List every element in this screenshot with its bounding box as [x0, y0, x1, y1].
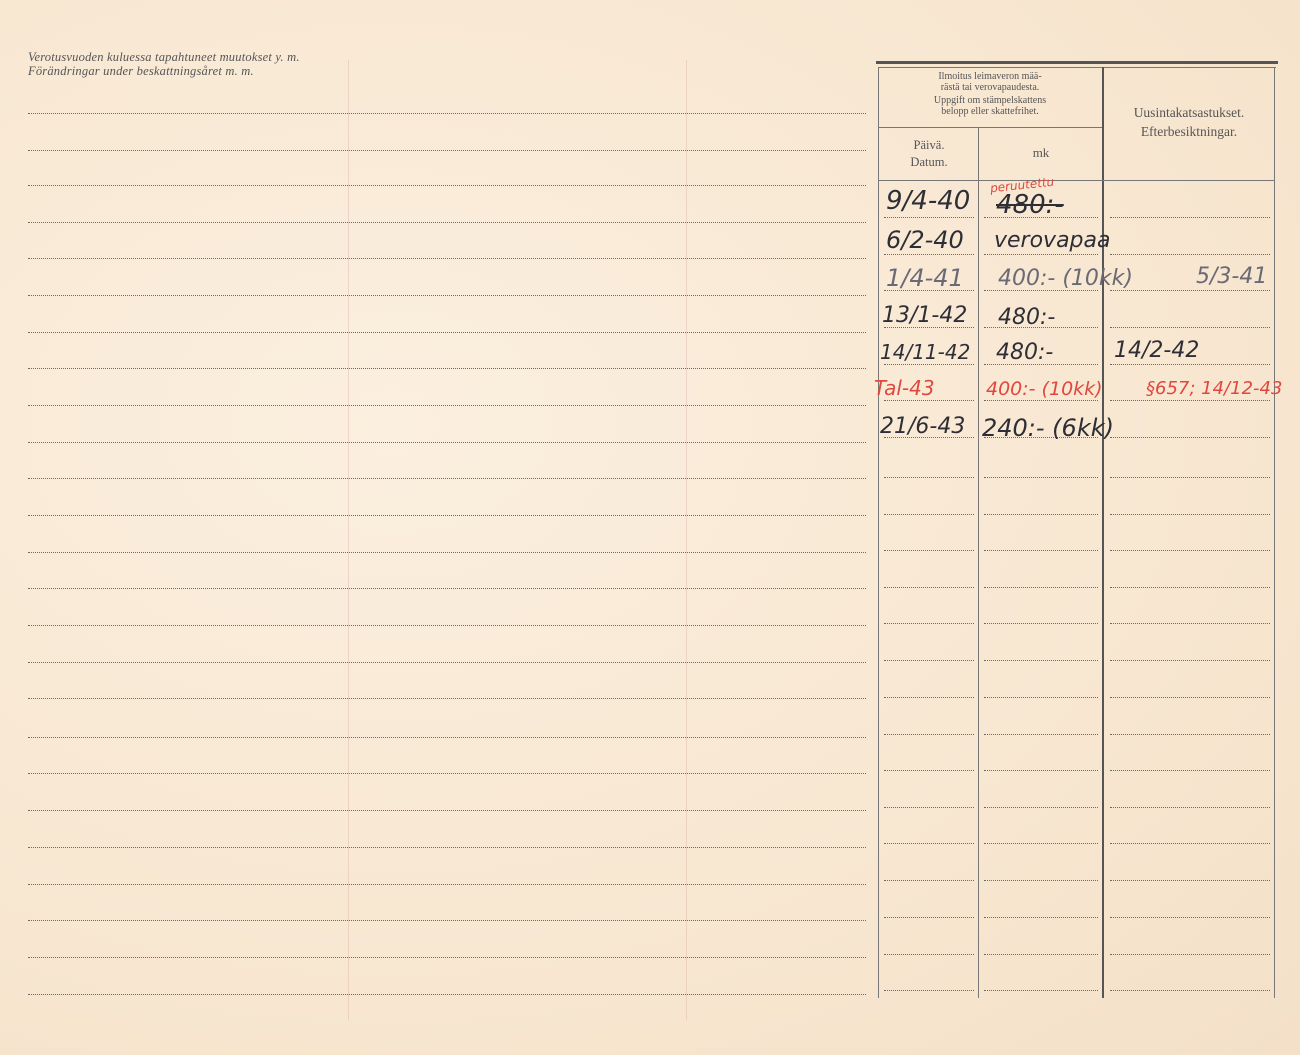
- table-ruled-line: [1110, 734, 1270, 735]
- table-ruled-line: [884, 477, 974, 478]
- table-ruled-line: [884, 587, 974, 588]
- ruled-line: [28, 698, 866, 699]
- table-ruled-line: [884, 880, 974, 881]
- table-ruled-line: [884, 734, 974, 735]
- heading-finnish: Verotusvuoden kuluessa tapahtuneet muuto…: [28, 50, 300, 64]
- table-ruled-line: [1110, 990, 1270, 991]
- entry-amount: 480:-: [996, 340, 1053, 365]
- table-top-rule: [876, 61, 1278, 64]
- table-ruled-line: [884, 697, 974, 698]
- table-ruled-line: [884, 843, 974, 844]
- col-reinspection-sv: Efterbesiktningar.: [1104, 122, 1274, 141]
- table-ruled-line: [1110, 623, 1270, 624]
- ruled-line: [28, 737, 866, 738]
- table-ruled-line: [884, 550, 974, 551]
- table-ruled-line: [1110, 254, 1270, 255]
- table-ruled-line: [984, 623, 1098, 624]
- header-bottom-rule: [878, 180, 1275, 181]
- table-ruled-line: [984, 697, 1098, 698]
- table-ruled-line: [984, 514, 1098, 515]
- ruled-line: [28, 773, 866, 774]
- table-ruled-line: [984, 954, 1098, 955]
- table-ruled-line: [884, 514, 974, 515]
- table-ruled-line: [984, 587, 1098, 588]
- header-group: Ilmoitus leimaveron mää- rästä tai verov…: [880, 71, 1100, 117]
- entry-amount: 400:- (10kk): [998, 266, 1133, 291]
- table-ruled-line: [1110, 290, 1270, 291]
- table-ruled-line: [984, 880, 1098, 881]
- col-date-sv: Datum.: [880, 154, 978, 171]
- table-top-inner-rule: [878, 67, 1276, 68]
- paper-streak: [348, 60, 349, 1020]
- table-ruled-line: [984, 550, 1098, 551]
- paper-streak: [686, 60, 687, 1020]
- ruled-line: [28, 515, 866, 516]
- table-ruled-line: [984, 807, 1098, 808]
- table-ruled-line: [884, 917, 974, 918]
- entry-date: 13/1-42: [882, 303, 967, 328]
- entry-amount: 480:-: [996, 190, 1064, 220]
- table-ruled-line: [1110, 477, 1270, 478]
- ruled-line: [28, 113, 866, 114]
- table-ruled-line: [984, 254, 1098, 255]
- table-ruled-line: [1110, 660, 1270, 661]
- table-ruled-line: [1110, 880, 1270, 881]
- table-ruled-line: [1110, 217, 1270, 218]
- header-sv-line1: Uppgift om stämpelskattens: [880, 95, 1100, 106]
- table-ruled-line: [884, 807, 974, 808]
- entry-amount: 400:- (10kk): [986, 378, 1103, 400]
- left-heading: Verotusvuoden kuluessa tapahtuneet muuto…: [28, 50, 300, 78]
- entry-date: 6/2-40: [886, 226, 964, 254]
- table-ruled-line: [984, 917, 1098, 918]
- ruled-line: [28, 185, 866, 186]
- entry-date: 14/11-42: [880, 340, 970, 364]
- header-group-rule: [878, 127, 1102, 128]
- col-date-fi: Päivä.: [880, 137, 978, 154]
- table-ruled-line: [884, 954, 974, 955]
- table-ruled-line: [1110, 843, 1270, 844]
- table-ruled-line: [1110, 437, 1270, 438]
- ruled-line: [28, 810, 866, 811]
- entry-reinspection: §657; 14/12-43: [1146, 378, 1282, 399]
- table-ruled-line: [1110, 550, 1270, 551]
- amount-reinspection-divider: [1102, 67, 1104, 998]
- entry-date: 21/6-43: [880, 414, 965, 439]
- table-ruled-line: [1110, 514, 1270, 515]
- table-ruled-line: [984, 770, 1098, 771]
- table-ruled-line: [1110, 400, 1270, 401]
- table-ruled-line: [884, 660, 974, 661]
- entry-amount: verovapaa: [994, 228, 1111, 253]
- entry-amount: 480:-: [998, 305, 1055, 330]
- ruled-line: [28, 368, 866, 369]
- col-reinspection-header: Uusintakatsastukset. Efterbesiktningar.: [1104, 103, 1274, 141]
- table-ruled-line: [1110, 327, 1270, 328]
- header-fi-line1: Ilmoitus leimaveron mää-: [880, 71, 1100, 82]
- col-reinspection-fi: Uusintakatsastukset.: [1104, 103, 1274, 122]
- table-right-border: [1274, 67, 1275, 998]
- ruled-line: [28, 552, 866, 553]
- table-ruled-line: [884, 770, 974, 771]
- table-ruled-line: [984, 400, 1098, 401]
- ruled-line: [28, 295, 866, 296]
- table-ruled-line: [884, 254, 974, 255]
- table-ruled-line: [1110, 917, 1270, 918]
- entry-date: 1/4-41: [886, 264, 964, 292]
- table-ruled-line: [984, 660, 1098, 661]
- ruled-line: [28, 442, 866, 443]
- ruled-line: [28, 150, 866, 151]
- table-ruled-line: [884, 990, 974, 991]
- table-ruled-line: [884, 400, 974, 401]
- table-ruled-line: [884, 217, 974, 218]
- ruled-line: [28, 957, 866, 958]
- ruled-line: [28, 258, 866, 259]
- ruled-line: [28, 884, 866, 885]
- ruled-line: [28, 625, 866, 626]
- date-amount-divider: [978, 127, 979, 998]
- ruled-line: [28, 920, 866, 921]
- table-ruled-line: [884, 364, 974, 365]
- table-ruled-line: [984, 477, 1098, 478]
- ruled-line: [28, 588, 866, 589]
- table-ruled-line: [1110, 954, 1270, 955]
- ruled-line: [28, 662, 866, 663]
- ruled-line: [28, 478, 866, 479]
- ruled-line: [28, 332, 866, 333]
- col-date-header: Päivä. Datum.: [880, 137, 978, 171]
- heading-swedish: Förändringar under beskattningsåret m. m…: [28, 64, 300, 78]
- entry-amount: 240:- (6kk): [982, 414, 1114, 442]
- entry-reinspection: 14/2-42: [1114, 338, 1199, 363]
- table-left-border: [878, 67, 879, 998]
- col-amount-header: mk: [980, 145, 1102, 161]
- header-sv-line2: belopp eller skattefrihet.: [880, 106, 1100, 117]
- ruled-line: [28, 994, 866, 995]
- table-ruled-line: [1110, 807, 1270, 808]
- entry-date: Tal-43: [874, 376, 935, 400]
- table-ruled-line: [1110, 364, 1270, 365]
- table-ruled-line: [1110, 697, 1270, 698]
- table-ruled-line: [884, 623, 974, 624]
- entry-date: 9/4-40: [886, 186, 970, 216]
- table-ruled-line: [984, 734, 1098, 735]
- ruled-line: [28, 222, 866, 223]
- ruled-line: [28, 405, 866, 406]
- header-fi-line2: rästä tai verovapaudesta.: [880, 82, 1100, 93]
- entry-reinspection: 5/3-41: [1196, 264, 1267, 289]
- table-ruled-line: [984, 843, 1098, 844]
- ruled-line: [28, 847, 866, 848]
- table-ruled-line: [1110, 587, 1270, 588]
- table-ruled-line: [984, 990, 1098, 991]
- table-ruled-line: [1110, 770, 1270, 771]
